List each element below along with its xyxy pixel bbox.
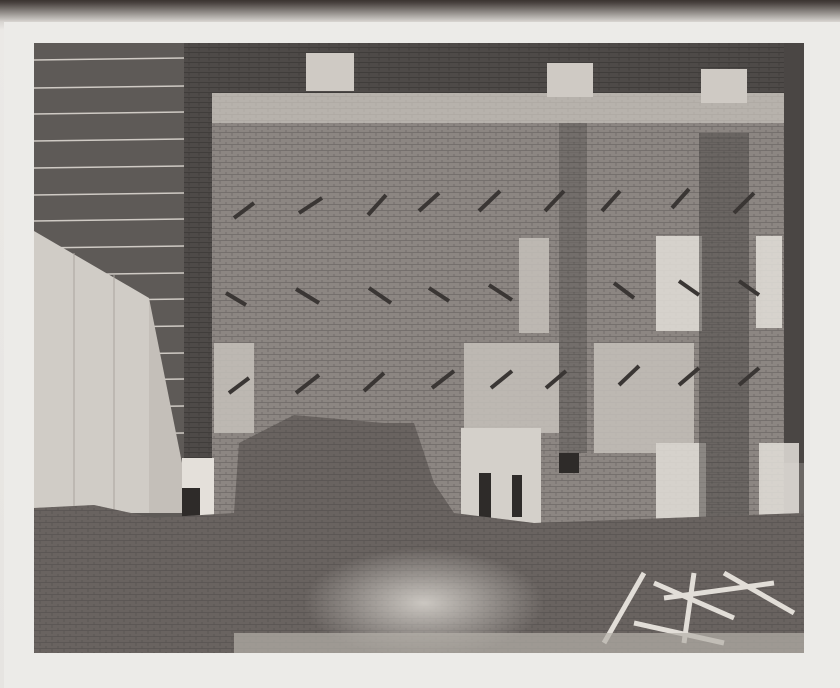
- photograph: [34, 43, 804, 653]
- demolition-scene: [34, 43, 804, 653]
